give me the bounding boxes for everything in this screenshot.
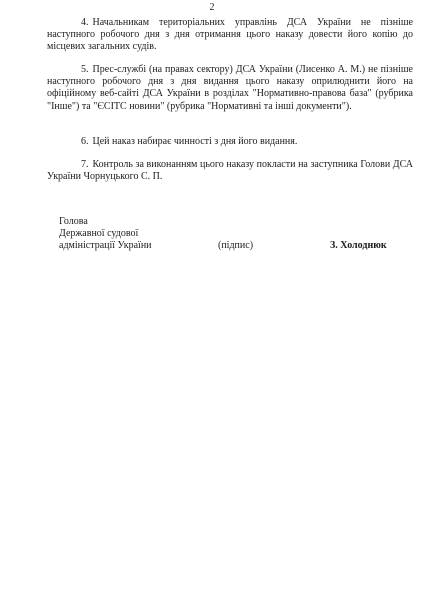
order-paragraph-5: 5.Прес-службі (на правах сектору) ДСА Ук… (47, 64, 413, 113)
signatory-name: З. Холоднюк (330, 240, 387, 252)
signatory-title-line: Голова (59, 216, 413, 228)
paragraph-number: 6. (81, 136, 93, 147)
signatory-title-line: Державної судової (59, 228, 413, 240)
paragraph-text: Начальникам територіальних управлінь ДСА… (47, 17, 413, 52)
order-paragraph-4: 4.Начальникам територіальних управлінь Д… (47, 17, 413, 54)
order-paragraph-7: 7.Контроль за виконанням цього наказу по… (47, 159, 413, 183)
page-number: 2 (0, 2, 424, 14)
paragraph-number: 5. (81, 64, 93, 75)
paragraph-text: Контроль за виконанням цього наказу покл… (47, 159, 413, 182)
signatory-title-line: адміністрації України (59, 240, 152, 251)
paragraph-text: Прес-службі (на правах сектору) ДСА Укра… (47, 64, 413, 112)
signature-block: Голова Державної судової адміністрації У… (59, 216, 413, 253)
document-page: 2 4.Начальникам територіальних управлінь… (0, 0, 424, 600)
order-paragraph-6: 6.Цей наказ набирає чинності з дня його … (47, 136, 413, 148)
paragraph-text: Цей наказ набирає чинності з дня його ви… (93, 136, 298, 147)
paragraph-number: 7. (81, 159, 93, 170)
paragraph-number: 4. (81, 17, 93, 28)
signature-placeholder: (підпис) (218, 240, 253, 252)
signature-row: адміністрації України (підпис) З. Холодн… (59, 240, 413, 252)
